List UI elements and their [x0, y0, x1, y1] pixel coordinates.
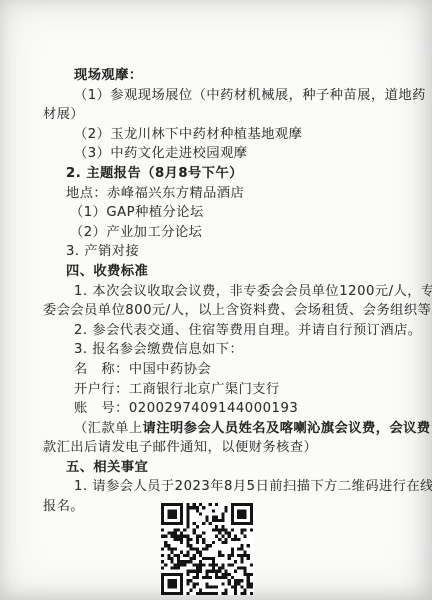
heading-site-visit: 现场观摩： [43, 66, 398, 86]
matchmaking-item: 3. 产销对接 [43, 242, 398, 262]
fees-item1-line2: 委会会员单位800元/人，以上含资料费、会场租赁、会务组织等。 [43, 301, 398, 321]
heading-theme-report: 2. 主题报告（8月8号下午） [43, 164, 398, 184]
remittance-note-line1: （汇款单上请注明参会人员姓名及喀喇沁旗会议费，会议费 [43, 419, 398, 439]
site-visit-item2: （2）玉龙川林下中药材种植基地观摩 [43, 125, 398, 145]
theme-report-forum2: （2）产业加工分论坛 [43, 223, 398, 243]
scanned-document-page: 现场观摩： （1）参观现场展位（中药材机械展，种子种苗展，道地药 材展） （2）… [0, 0, 432, 600]
site-visit-item3: （3）中药文化走进校园观摩 [43, 144, 398, 164]
remittance-note-line2: 款汇出后请发电子邮件通知，以便财务核查） [43, 438, 398, 458]
heading-fees: 四、收费标准 [43, 262, 398, 282]
payee-account-name: 名 称：中国中药协会 [43, 360, 398, 380]
theme-report-location: 地点：赤峰福兴东方精品酒店 [43, 184, 398, 204]
theme-report-forum1: （1）GAP种植分论坛 [43, 203, 398, 223]
remittance-note-suffix: ，会议费 [376, 421, 431, 436]
payee-account-number: 账 号：0200297409144000193 [43, 399, 398, 419]
document-body: 现场观摩： （1）参观现场展位（中药材机械展，种子种苗展，道地药 材展） （2）… [43, 66, 398, 517]
heading-related-matters: 五、相关事宜 [43, 458, 398, 478]
fees-item2: 2. 参会代表交通、住宿等费用自理。并请自行预订酒店。 [43, 321, 398, 341]
site-visit-item1-line2: 材展） [43, 105, 398, 125]
fees-item1-line1: 1. 本次会议收取会议费，非专委会会员单位1200元/人，专 [43, 282, 398, 302]
payee-bank: 开户行：工商银行北京广渠门支行 [43, 380, 398, 400]
registration-qr-code [160, 503, 254, 595]
remittance-note-bold: 请注明参会人员姓名及喀喇沁旗会议费 [143, 421, 376, 436]
qr-code-pattern [160, 503, 254, 595]
fees-item3: 3. 报名参会缴费信息如下： [43, 340, 398, 360]
site-visit-item1-line1: （1）参观现场展位（中药材机械展，种子种苗展，道地药 [43, 86, 398, 106]
related-item1-line1: 1. 请参会人员于2023年8月5日前扫描下方二维码进行在线 [43, 477, 398, 497]
remittance-note-prefix: （汇款单上 [74, 421, 143, 436]
